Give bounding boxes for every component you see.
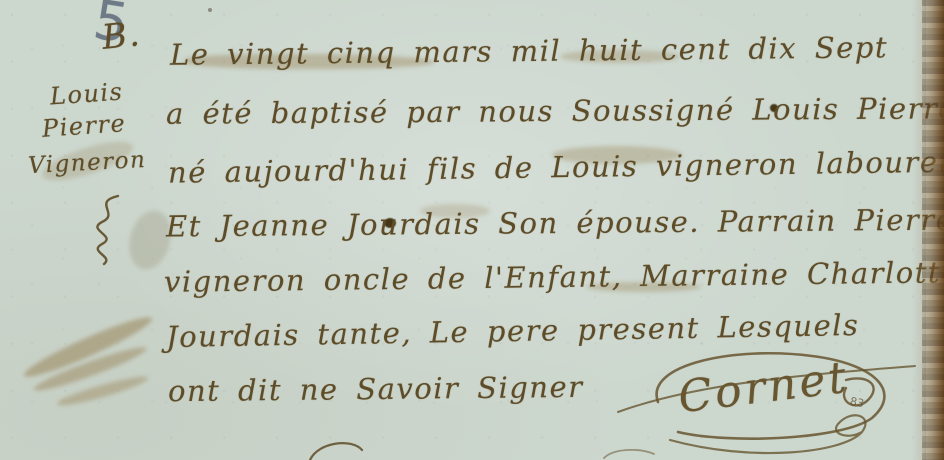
- margin-name-line: Louis: [49, 77, 124, 110]
- margin-paraph-flourish: [80, 192, 150, 267]
- margin-initial: B.: [100, 14, 143, 58]
- next-line-partial-stroke: [300, 438, 380, 460]
- margin-name-line: Vigneron: [27, 147, 147, 179]
- record-line: vigneron oncle de l'Enfant, Marraine Cha…: [164, 255, 944, 299]
- next-line-partial-stroke: [600, 446, 660, 460]
- record-line: né aujourd'hui fils de Louis vigneron la…: [168, 144, 944, 189]
- record-line: Le vingt cinq mars mil huit cent dix Sep…: [170, 30, 888, 72]
- record-line: a été baptisé par nous Soussigné Louis P…: [166, 91, 944, 131]
- pencil-dot: [208, 8, 212, 12]
- record-line: ont dit ne Savoir Signer: [168, 370, 584, 408]
- record-line: Et Jeanne Jourdais Son épouse. Parrain P…: [166, 203, 944, 244]
- binding-edge: [922, 0, 944, 460]
- manuscript-page: 5 B. Louis Pierre Vigneron Le vingt cinq…: [0, 0, 944, 460]
- stamp-page-number: 83: [849, 395, 865, 411]
- margin-name-line: Pierre: [41, 109, 127, 143]
